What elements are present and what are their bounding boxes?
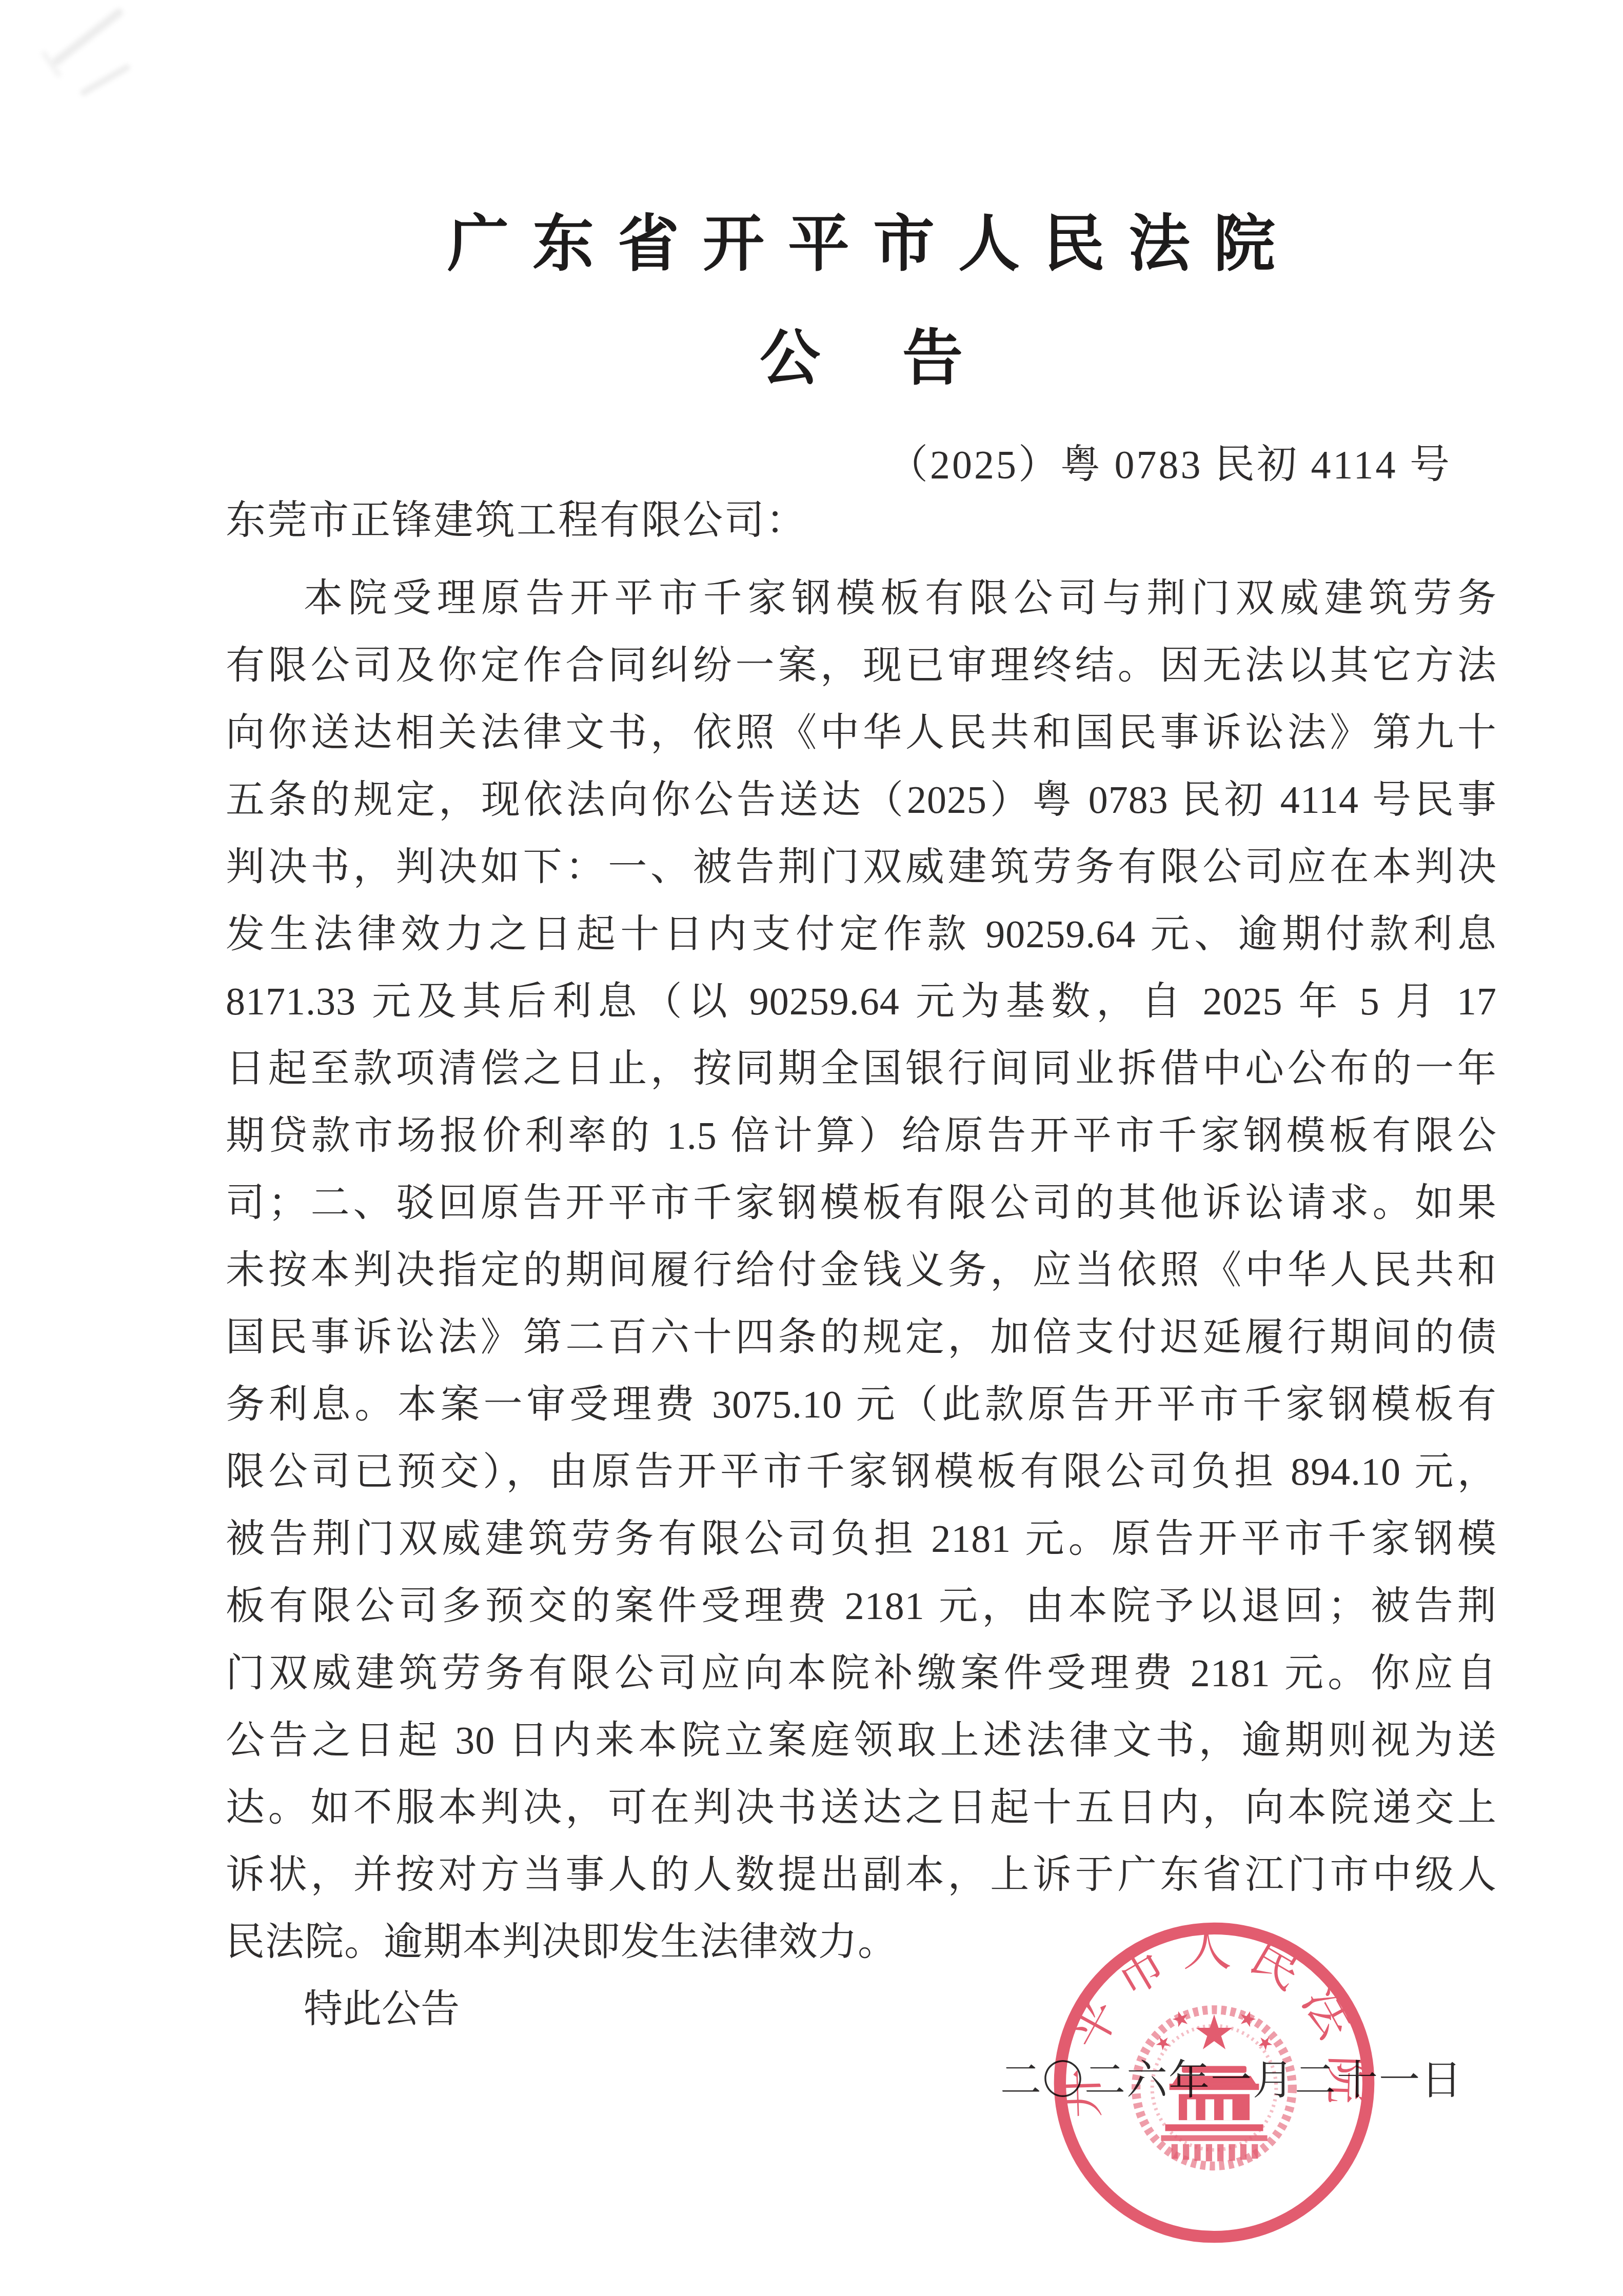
body-line: 判决书，判决如下：一、被告荆门双威建筑劳务有限公司应在本判决: [226, 834, 1497, 901]
court-seal: 开平市人民法院: [1047, 1916, 1381, 2249]
document-content: 广东省开平市人民法院 公告 （2025）粤 0783 民初 4114 号 东莞市…: [0, 209, 1623, 2111]
scan-smudge-artifact: [51, 7, 125, 67]
body-line: 发生法律效力之日起十日内支付定作款 90259.64 元、逾期付款利息: [226, 901, 1497, 968]
tiananmen-gate-icon: [1161, 2066, 1267, 2162]
body-line: 达。如不服本判决，可在判决书送达之日起十五日内，向本院递交上: [226, 1774, 1497, 1842]
document-page: 广东省开平市人民法院 公告 （2025）粤 0783 民初 4114 号 东莞市…: [0, 0, 1623, 2296]
body-line: 本院受理原告开平市千家钢模板有限公司与荆门双威建筑劳务: [226, 565, 1497, 632]
body-line: 被告荆门双威建筑劳务有限公司负担 2181 元。原告开平市千家钢模: [226, 1506, 1497, 1573]
body-line: 五条的规定，现依法向你公告送达（2025）粤 0783 民初 4114 号民事: [226, 767, 1497, 834]
body-line: 日起至款项清偿之日止，按同期全国银行间同业拆借中心公布的一年: [226, 1035, 1497, 1103]
body-line: 限公司已预交），由原告开平市千家钢模板有限公司负担 894.10 元，: [226, 1439, 1497, 1506]
body-line: 8171.33 元及其后利息（以 90259.64 元为基数，自 2025 年 …: [226, 968, 1497, 1035]
body-line: 板有限公司多预交的案件受理费 2181 元，由本院予以退回；被告荆: [226, 1573, 1497, 1640]
body-line: 司；二、驳回原告开平市千家钢模板有限公司的其他诉讼请求。如果: [226, 1170, 1497, 1237]
body-line: 有限公司及你定作合同纠纷一案，现已审理终结。因无法以其它方法: [226, 632, 1497, 700]
scan-smudge-artifact: [79, 63, 131, 96]
body-line: 未按本判决指定的期间履行给付金钱义务，应当依照《中华人民共和: [226, 1237, 1497, 1304]
body-line: 国民事诉讼法》第二百六十四条的规定，加倍支付迟延履行期间的债: [226, 1304, 1497, 1371]
national-emblem-icon: [1136, 2009, 1293, 2166]
body-paragraph: 本院受理原告开平市千家钢模板有限公司与荆门双威建筑劳务有限公司及你定作合同纠纷一…: [226, 565, 1497, 1976]
body-line: 诉状，并按对方当事人的人数提出副本，上诉于广东省江门市中级人: [226, 1842, 1497, 1909]
body-line: 门双威建筑劳务有限公司应向本院补缴案件受理费 2181 元。你应自: [226, 1640, 1497, 1707]
body-line: 务利息。本案一审受理费 3075.10 元（此款原告开平市千家钢模板有: [226, 1371, 1497, 1439]
case-number: （2025）粤 0783 民初 4114 号: [226, 441, 1497, 488]
star-icon: [1196, 2014, 1232, 2049]
body-line: 向你送达相关法律文书，依照《中华人民共和国民事诉讼法》第九十: [226, 700, 1497, 767]
recipient-line: 东莞市正锋建筑工程有限公司：: [226, 496, 1497, 545]
body-line: 期贷款市场报价利率的 1.5 倍计算）给原告开平市千家钢模板有限公: [226, 1103, 1497, 1170]
body-line: 公告之日起 30 日内来本院立案庭领取上述法律文书，逾期则视为送: [226, 1707, 1497, 1774]
gate-tassels: [1172, 2144, 1258, 2162]
announcement-title: 公告: [226, 324, 1497, 394]
court-name-title: 广东省开平市人民法院: [226, 209, 1497, 280]
